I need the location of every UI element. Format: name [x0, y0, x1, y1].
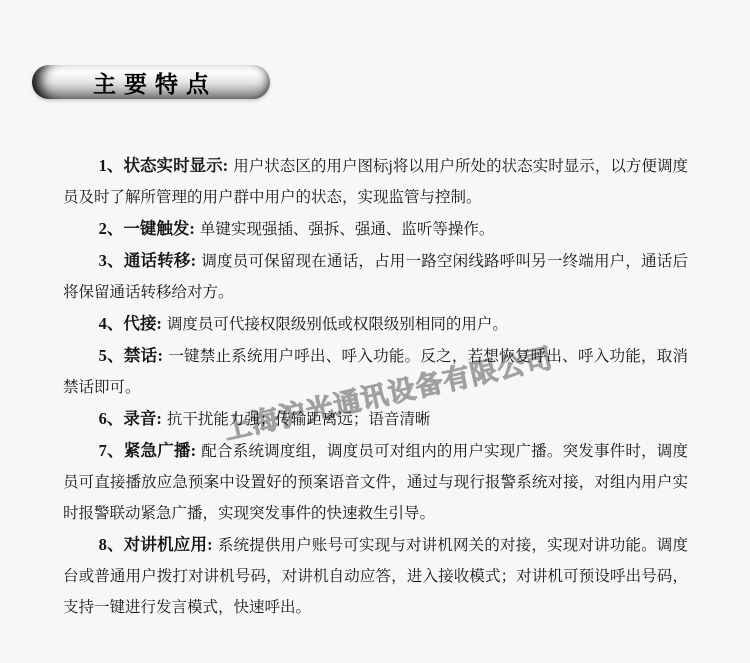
- feature-item: 3、通话转移:调度员可保留现在通话，占用一路空闲线路呼叫另一终端用户，通话后将保…: [63, 245, 688, 308]
- feature-number: 4、: [99, 314, 124, 333]
- feature-item: 8、对讲机应用:系统提供用户账号可实现与对讲机网关的对接，实现对讲功能。调度台或…: [63, 529, 688, 623]
- feature-body: 抗干扰能力强；传输距离远；语音清晰: [167, 411, 431, 428]
- feature-title: 一键触发:: [123, 219, 195, 238]
- feature-number: 6、: [99, 409, 124, 428]
- feature-item: 4、代接:调度员可代接权限级别低或权限级别相同的用户。: [63, 308, 688, 340]
- feature-title: 状态实时显示:: [123, 156, 228, 175]
- feature-title: 通话转移:: [124, 251, 196, 270]
- feature-item: 2、一键触发:单键实现强插、强拆、强通、监听等操作。: [63, 213, 688, 245]
- feature-number: 3、: [99, 251, 124, 270]
- feature-item: 7、紧急广播:配合系统调度组，调度员可对组内的用户实现广播。突发事件时，调度员可…: [63, 435, 688, 529]
- section-header-bar: 主要特点: [32, 65, 270, 99]
- page-title: 主要特点: [85, 66, 217, 99]
- feature-title: 紧急广播:: [124, 441, 196, 460]
- feature-title: 禁话:: [124, 346, 163, 365]
- feature-item: 6、录音:抗干扰能力强；传输距离远；语音清晰: [63, 403, 688, 435]
- document-page: 主要特点 上海沪光通讯设备有限公司 1、状态实时显示:用户状态区的用户图标j将以…: [0, 0, 750, 663]
- feature-title: 录音:: [123, 409, 162, 428]
- feature-number: 1、: [99, 156, 124, 175]
- feature-number: 7、: [99, 441, 124, 460]
- feature-number: 5、: [99, 346, 124, 365]
- feature-body: 单键实现强插、强拆、强通、监听等操作。: [200, 221, 495, 238]
- feature-title: 代接:: [123, 314, 162, 333]
- feature-item: 1、状态实时显示:用户状态区的用户图标j将以用户所处的状态实时显示，以方便调度员…: [63, 150, 688, 213]
- feature-item: 5、禁话:一键禁止系统用户呼出、呼入功能。反之，若想恢复呼出、呼入功能，取消禁话…: [63, 340, 688, 403]
- feature-list: 1、状态实时显示:用户状态区的用户图标j将以用户所处的状态实时显示，以方便调度员…: [63, 150, 688, 623]
- feature-number: 2、: [99, 219, 124, 238]
- feature-body: 调度员可代接权限级别低或权限级别相同的用户。: [167, 316, 508, 333]
- feature-title: 对讲机应用:: [124, 535, 213, 554]
- feature-number: 8、: [99, 535, 124, 554]
